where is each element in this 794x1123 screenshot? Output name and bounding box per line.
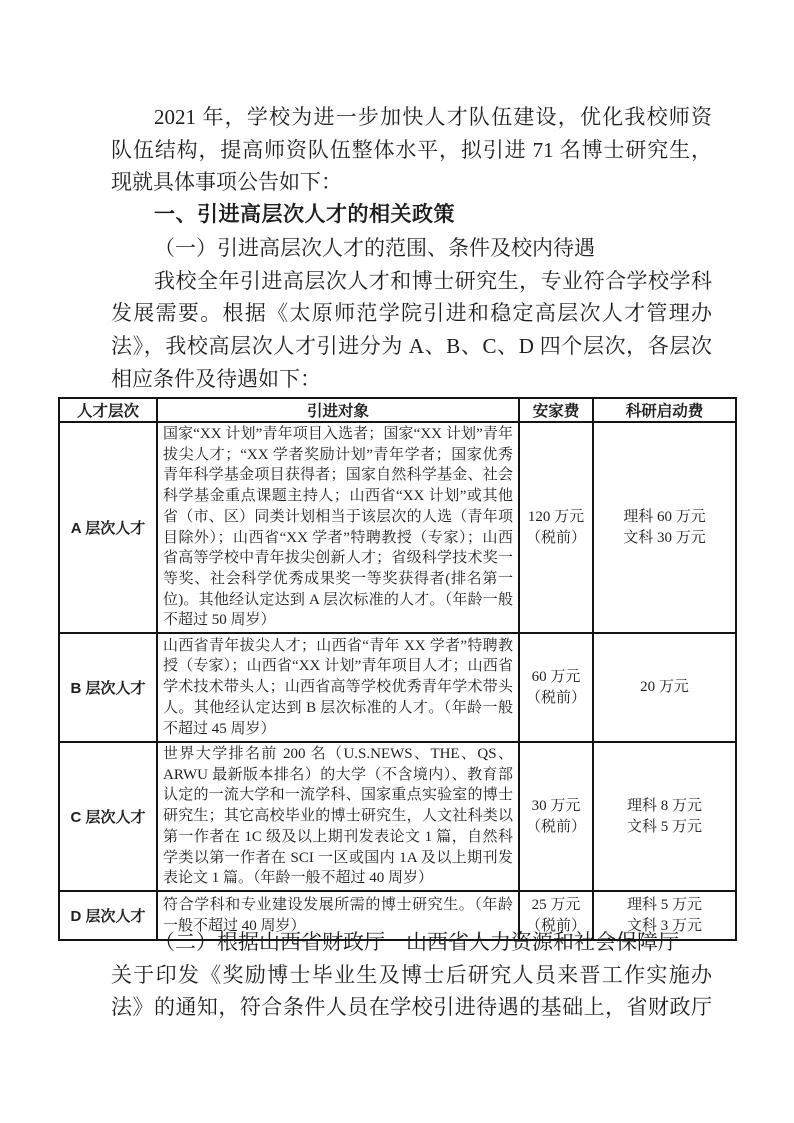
settling-fee-cell-line: 120 万元 xyxy=(520,507,592,528)
table-row-0: A 层次人才国家“XX 计划”青年项目入选者；国家“XX 计划”青年拔尖人才；“… xyxy=(59,422,736,633)
research-fund-cell: 理科 60 万元文科 30 万元 xyxy=(593,422,736,633)
talent-table: 人才层次引进对象安家费科研启动费 A 层次人才国家“XX 计划”青年项目入选者；… xyxy=(58,397,737,941)
research-fund-cell: 20 万元 xyxy=(593,633,736,742)
para2-line2: 发展需要。根据《太原师范学院引进和稳定高层次人才管理办 xyxy=(111,297,712,330)
para3-line1: （二）根据山西省财政厅 山西省人力资源和社会保障厅 xyxy=(111,926,712,959)
research-fund-cell-line: 理科 5 万元 xyxy=(594,895,735,916)
recruit-target-cell: 山西省青年拔尖人才；山西省“青年 XX 学者”特聘教授（专家）；山西省“XX 计… xyxy=(157,633,519,742)
table-header-row: 人才层次引进对象安家费科研启动费 xyxy=(59,398,736,422)
recruit-target-cell: 国家“XX 计划”青年项目入选者；国家“XX 计划”青年拔尖人才；“XX 学者奖… xyxy=(157,422,519,633)
document-page: 2021 年，学校为进一步加快人才队伍建设，优化我校师资队伍结构，提高师资队伍整… xyxy=(0,0,794,1123)
para1-line2: 队伍结构，提高师资队伍整体水平，拟引进 71 名博士研究生， xyxy=(111,134,712,167)
settling-fee-cell-line: （税前） xyxy=(520,528,592,549)
recruit-target-cell: 世界大学排名前 200 名（U.S.NEWS、THE、QS、ARWU 最新版本排… xyxy=(157,742,519,891)
settling-fee-cell-line: 60 万元 xyxy=(520,667,592,688)
settling-fee-cell-line: 25 万元 xyxy=(520,895,592,916)
section-heading: 一、引进高层次人才的相关政策 xyxy=(111,199,712,232)
para2-line1: 我校全年引进高层次人才和博士研究生，专业符合学校学科 xyxy=(111,265,712,298)
research-fund-cell-line: 文科 5 万元 xyxy=(594,817,735,838)
table-header-cell-3: 科研启动费 xyxy=(593,398,736,422)
para3-line3: 法》的通知，符合条件人员在学校引进待遇的基础上，省财政厅 xyxy=(111,991,712,1024)
para2-line4: 相应条件及待遇如下： xyxy=(111,363,712,396)
research-fund-cell-line: 理科 8 万元 xyxy=(594,796,735,817)
research-fund-cell-line: 20 万元 xyxy=(594,677,735,698)
table-header-cell-2: 安家费 xyxy=(519,398,593,422)
para3-line2: 关于印发《奖励博士毕业生及博士后研究人员来晋工作实施办 xyxy=(111,959,712,992)
settling-fee-cell-line: （税前） xyxy=(520,817,592,838)
settling-fee-cell: 120 万元（税前） xyxy=(519,422,593,633)
table-row-1: B 层次人才山西省青年拔尖人才；山西省“青年 XX 学者”特聘教授（专家）；山西… xyxy=(59,633,736,742)
talent-level-cell: A 层次人才 xyxy=(59,422,157,633)
settling-fee-cell: 30 万元（税前） xyxy=(519,742,593,891)
research-fund-cell-line: 理科 60 万元 xyxy=(594,507,735,528)
settling-fee-cell: 60 万元（税前） xyxy=(519,633,593,742)
research-fund-cell-line: 文科 30 万元 xyxy=(594,528,735,549)
research-fund-cell: 理科 8 万元文科 5 万元 xyxy=(593,742,736,891)
settling-fee-cell-line: 30 万元 xyxy=(520,796,592,817)
subsection-heading: （一）引进高层次人才的范围、条件及校内待遇 xyxy=(111,232,712,265)
para1-line1: 2021 年，学校为进一步加快人才队伍建设，优化我校师资 xyxy=(111,101,712,134)
closing-block: （二）根据山西省财政厅 山西省人力资源和社会保障厅关于印发《奖励博士毕业生及博士… xyxy=(111,926,712,1024)
para1-line3: 现就具体事项公告如下： xyxy=(111,166,712,199)
intro-block: 2021 年，学校为进一步加快人才队伍建设，优化我校师资队伍结构，提高师资队伍整… xyxy=(111,101,712,395)
settling-fee-cell-line: （税前） xyxy=(520,688,592,709)
table-body: A 层次人才国家“XX 计划”青年项目入选者；国家“XX 计划”青年拔尖人才；“… xyxy=(59,422,736,940)
talent-level-cell: C 层次人才 xyxy=(59,742,157,891)
table-header-cell-1: 引进对象 xyxy=(157,398,519,422)
talent-level-cell: B 层次人才 xyxy=(59,633,157,742)
table-header-cell-0: 人才层次 xyxy=(59,398,157,422)
table-row-2: C 层次人才世界大学排名前 200 名（U.S.NEWS、THE、QS、ARWU… xyxy=(59,742,736,891)
para2-line3: 法》，我校高层次人才引进分为 A、B、C、D 四个层次，各层次 xyxy=(111,330,712,363)
